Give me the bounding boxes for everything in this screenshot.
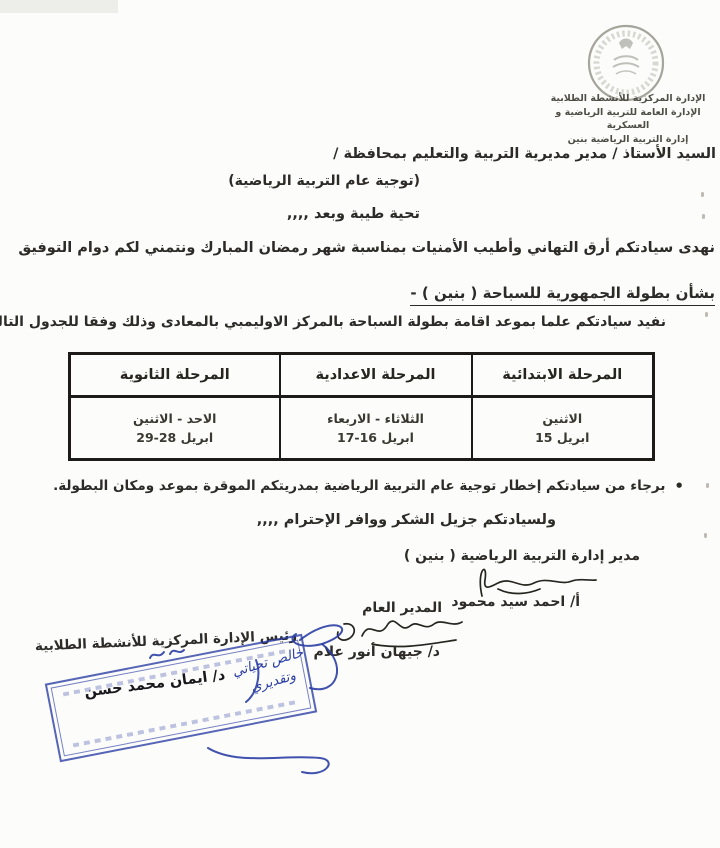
stage-header-preparatory: المرحلة الاعدادية [280,354,472,397]
stage-days: الاثنين [473,411,653,426]
stage-cell-secondary: الاحد - الاثنين 29-28 ابريل [70,397,280,460]
greeting-line: تحية طيبة وبعد ,,,, [287,206,420,222]
stage-header-primary: المرحلة الابتدائية [472,354,654,397]
note-line: • برجاء من سيادتكم إخطار توجية عام الترب… [53,477,684,496]
recipient-line: السيد الأستاذ / مدير مديرية التربية والت… [333,146,716,162]
scan-corner-shade [0,0,118,13]
scan-speck [704,533,707,538]
stage-cell-primary: الاثنين 15 ابريل [472,397,654,460]
org-line: الإدارة العامة للتربية الرياضية و العسكر… [538,106,718,133]
stamp-faint-text-line [73,700,300,748]
scan-speck [702,214,705,219]
org-line: الإدارة المركزية للأنشطة الطلابية [538,92,718,106]
subject-line: بشأن بطولة الجمهورية للسباحة ( بنين ) - [410,284,715,306]
stage-header-secondary: المرحلة الثانوية [70,354,280,397]
intro-line: نهدى سيادتكم أرق التهاني وأطيب الأمنيات … [18,240,715,256]
signature-name-sports-director: أ/ احمد سيد محمود [451,594,580,610]
signature-name-general-director: د/ جيهان أنور علام [313,644,440,660]
table-header-row: المرحلة الابتدائية المرحلة الاعدادية الم… [70,354,654,397]
scanned-letter: الإدارة المركزية للأنشطة الطلابية الإدار… [0,0,720,848]
stage-dates: 17-16 ابريل [281,430,471,445]
letterhead-org-block: الإدارة المركزية للأنشطة الطلابية الإدار… [538,92,718,146]
bullet-icon: • [674,477,684,495]
recipient-sub-line: (توجية عام التربية الرياضية) [228,173,420,189]
stage-cell-preparatory: الثلاثاء - الاربعاء 17-16 ابريل [280,397,472,460]
stage-dates: 15 ابريل [473,430,653,445]
schedule-table: المرحلة الابتدائية المرحلة الاعدادية الم… [68,352,655,461]
scan-speck [705,312,708,317]
scan-speck [701,192,704,197]
stage-dates: 29-28 ابريل [71,430,279,445]
note-text: برجاء من سيادتكم إخطار توجية عام التربية… [53,477,665,496]
stage-days: الاحد - الاثنين [71,411,279,426]
org-line: إدارة التربية الرياضية بنين [538,133,718,147]
body-line: نفيد سيادتكم علما بموعد اقامة بطولة السب… [0,314,666,330]
closing-line: ولسيادتكم جزيل الشكر ووافر الإحترام ,,,, [257,512,556,528]
stage-days: الثلاثاء - الاربعاء [281,411,471,426]
table-body-row: الاثنين 15 ابريل الثلاثاء - الاربعاء 17-… [70,397,654,460]
scan-speck [706,483,709,488]
